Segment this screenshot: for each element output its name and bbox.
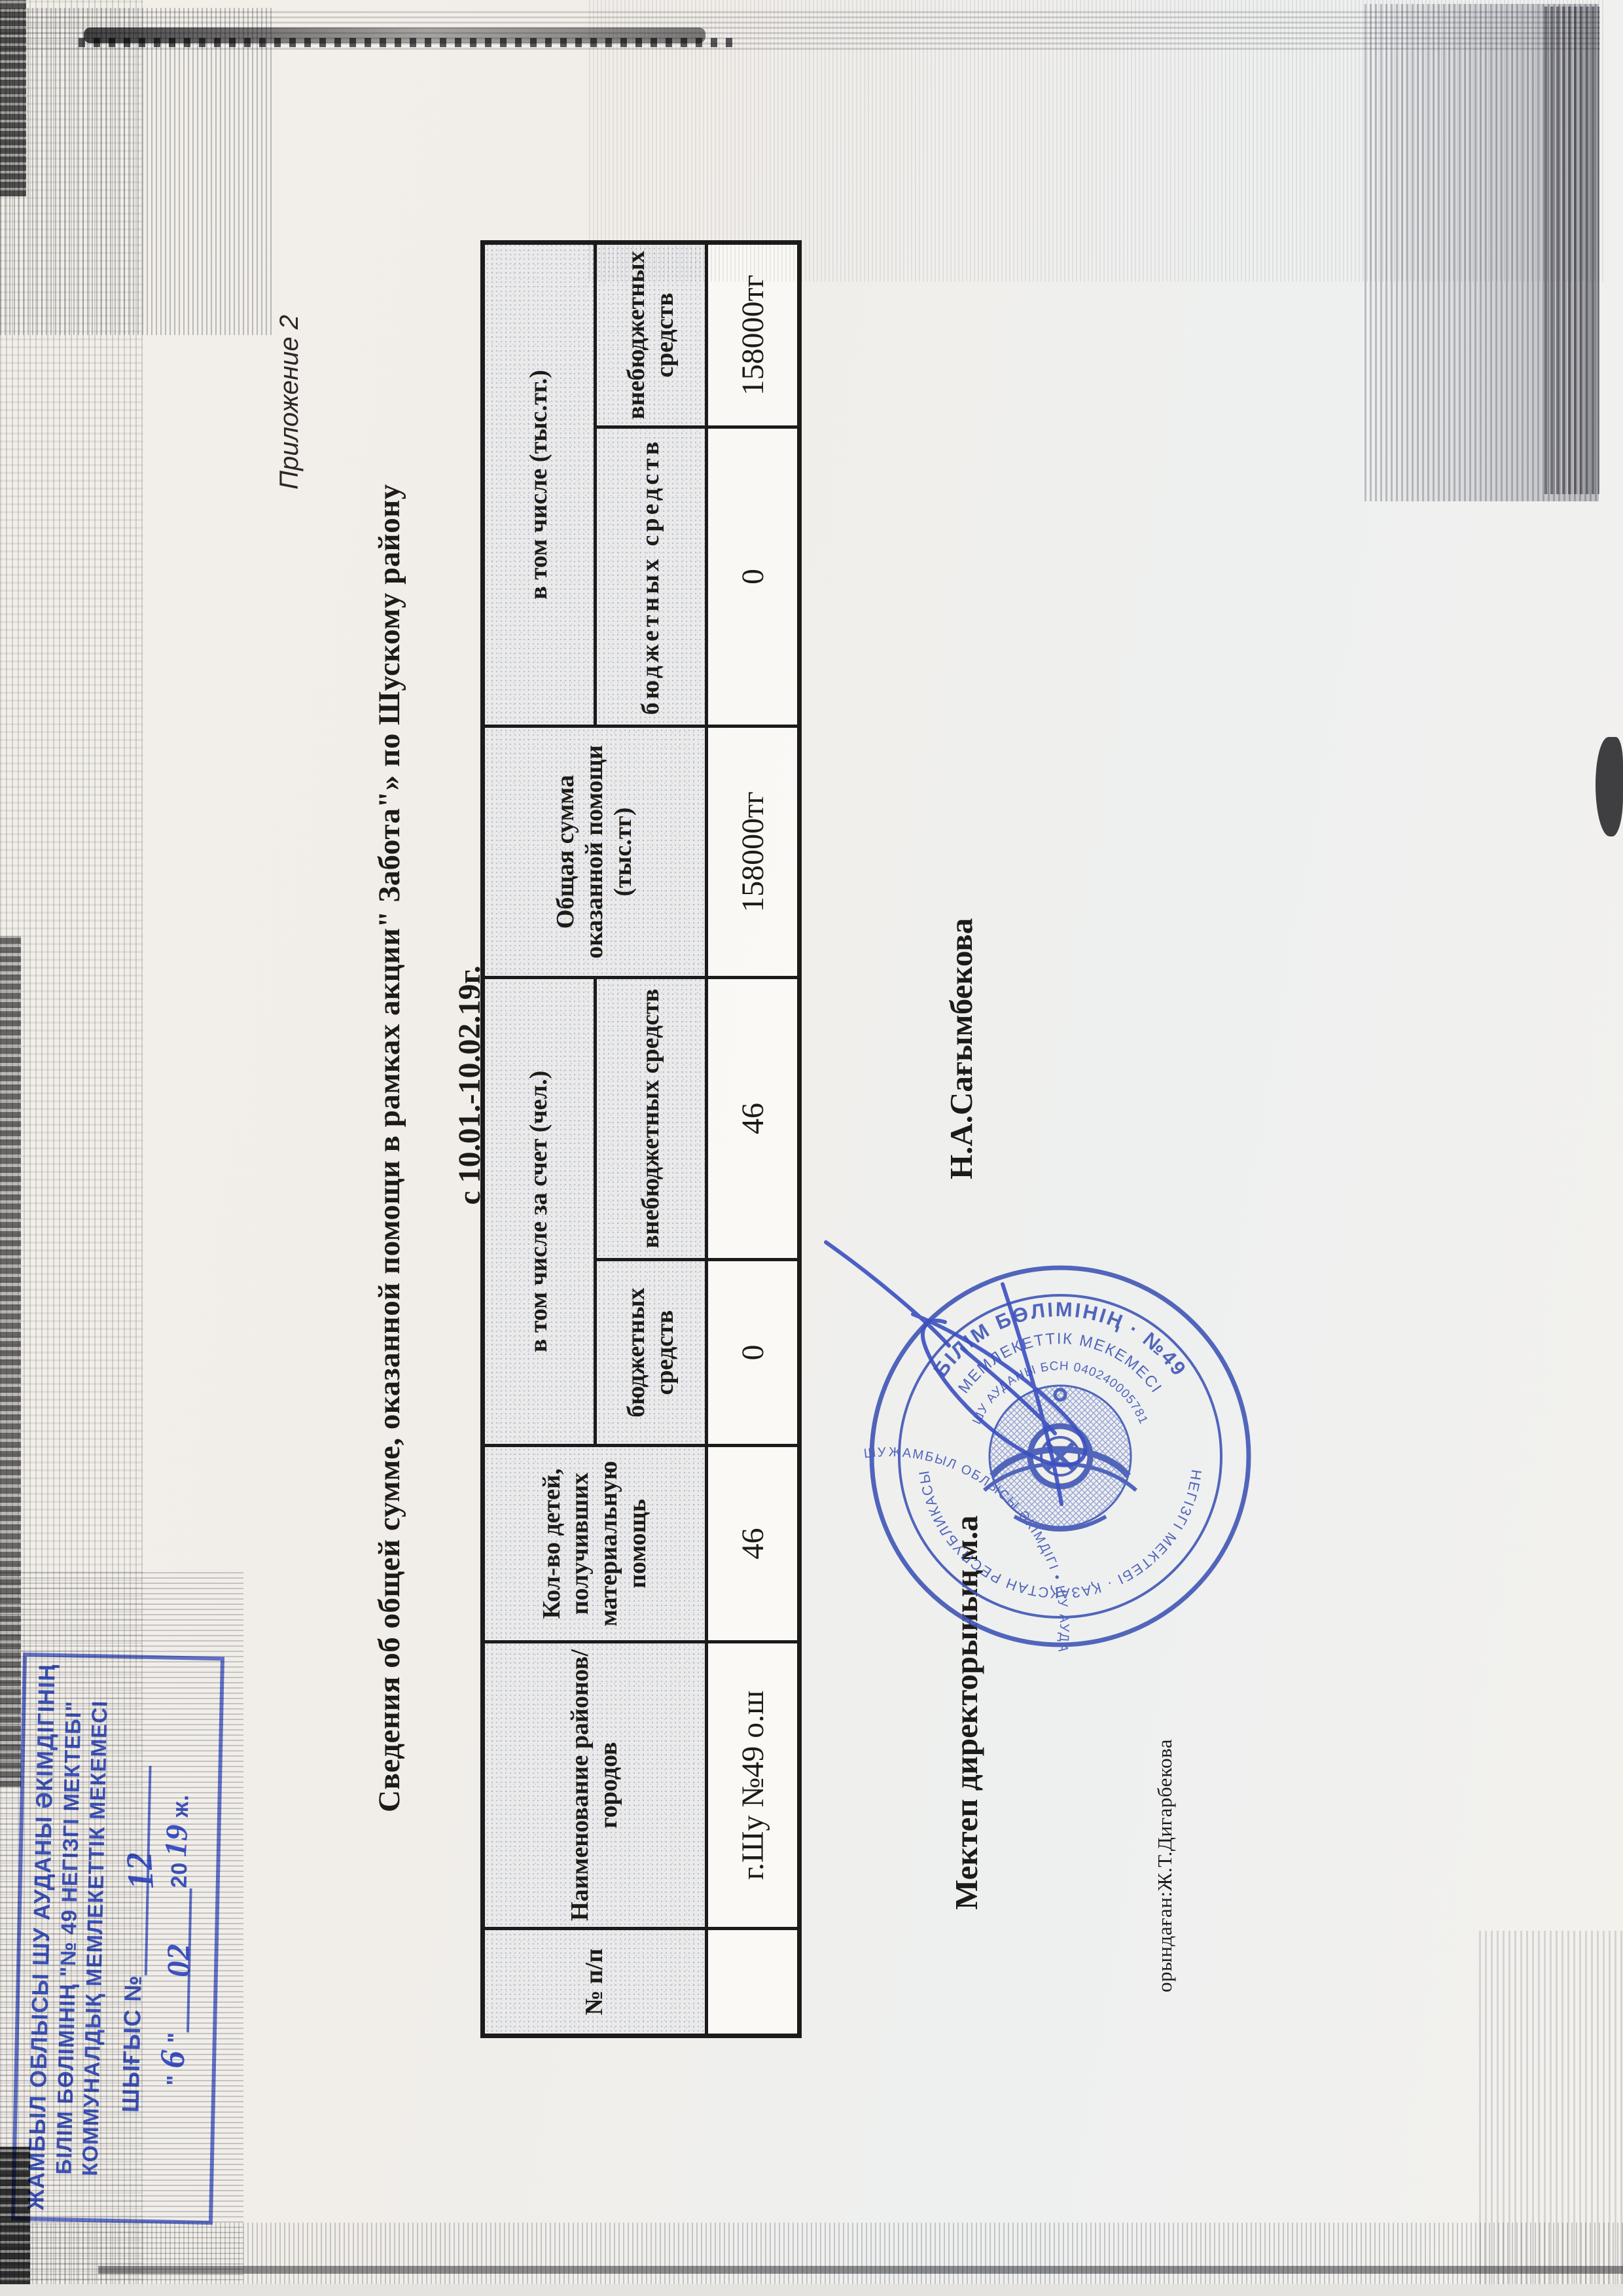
cell-number [707,1929,800,2036]
cell-budget-amount: 0 [707,427,800,726]
signature-name: Н.А.Сағымбекова [942,918,980,1179]
scanned-document-page: Приложение 2 Сведения об общей сумме, ок… [0,0,1623,2296]
appendix-label: Приложение 2 [275,215,304,490]
col-header-extra-amount: внебюджетных средств [596,243,707,427]
stamp-quote-open: " [162,2074,188,2086]
col-header-children-count: Кол-во детей, получивших материальную по… [483,1446,707,1642]
handwritten-day: 6 [151,2048,193,2069]
document-landscape-content: Приложение 2 Сведения об общей сумме, ок… [0,0,1623,2296]
stamp-quote-close: " [164,2032,189,2043]
registration-stamp: ЖАМБЫЛ ОБЛЫСЫ ШУ АУДАНЫ ӘКІМДІГІНІҢ БІЛІ… [11,1653,224,2225]
col-group-amount: в том числе (тыс.тг.) [483,243,596,726]
col-header-budget-persons: бюджетных средств [596,1260,707,1446]
handwritten-outgoing-number: 12 [118,1850,162,1891]
stamp-month-blank: 02 [160,1888,192,2032]
cell-extra-amount: 158000тг [707,243,800,427]
col-header-district: Наименование районов/городов [483,1642,707,1929]
table-row: г.Шу №49 о.ш 46 0 46 158000тг 0 158000тг [707,243,800,2036]
aid-summary-table: № п/п Наименование районов/городов Кол-в… [480,240,802,2038]
stamp-year-suffix: ж. [168,1794,194,1818]
executor-label: орындаған:Ж.Т.Дигарбекова [1153,1739,1177,1992]
cell-total-sum: 158000тг [707,726,800,978]
cell-extra-persons: 46 [707,978,800,1260]
scanner-bed-strip [0,2284,1623,2296]
official-round-seal: ЖАМБЫЛ ОБЛЫСЫ ӘКІМДІГІ • ШУ АУДАНЫ ӘКІМД… [864,1260,1257,1653]
col-header-total-sum: Общая сумма оказанной помощи (тыс.тг) [483,726,707,978]
col-header-extra-persons: внебюджетных средств [596,978,707,1260]
col-header-budget-amount: бюджетных средств [596,427,707,726]
handwritten-year: 19 [158,1823,196,1857]
document-title: Сведения об общей сумме, оказанной помощ… [372,183,407,2113]
cell-district: г.Шу №49 о.ш [707,1642,800,1929]
col-group-per-person: в том числе за счет (чел.) [483,978,596,1446]
cell-children-count: 46 [707,1446,800,1642]
stamp-outgoing-blank: 12 [118,1765,152,1975]
stamp-year-prefix: 20 [167,1861,193,1888]
handwritten-month: 02 [159,1943,198,1977]
col-header-number: № п/п [483,1929,707,2036]
stamp-outgoing-label: ШЫҒЫС № [116,1975,147,2113]
cell-budget-persons: 0 [707,1260,800,1446]
